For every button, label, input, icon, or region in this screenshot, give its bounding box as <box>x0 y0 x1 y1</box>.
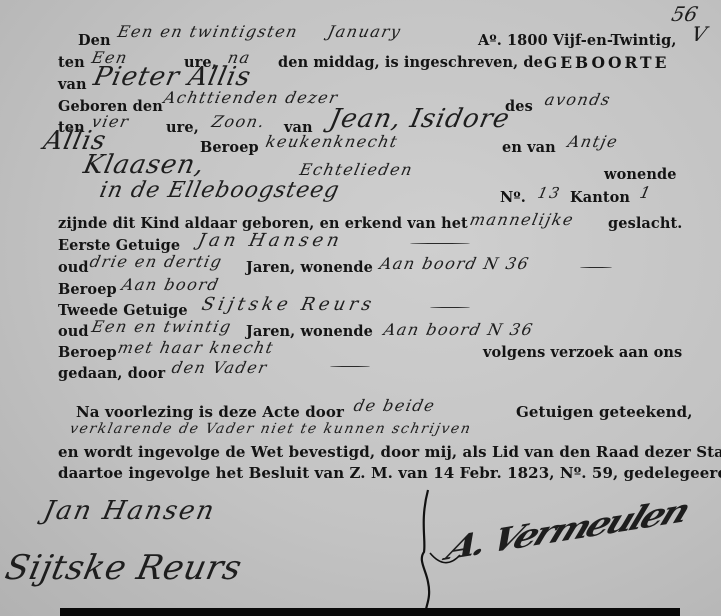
scan-edge-bar <box>60 608 680 616</box>
birth-register-page: 56 V Den Een en twintigsten January Aº. … <box>0 0 721 616</box>
